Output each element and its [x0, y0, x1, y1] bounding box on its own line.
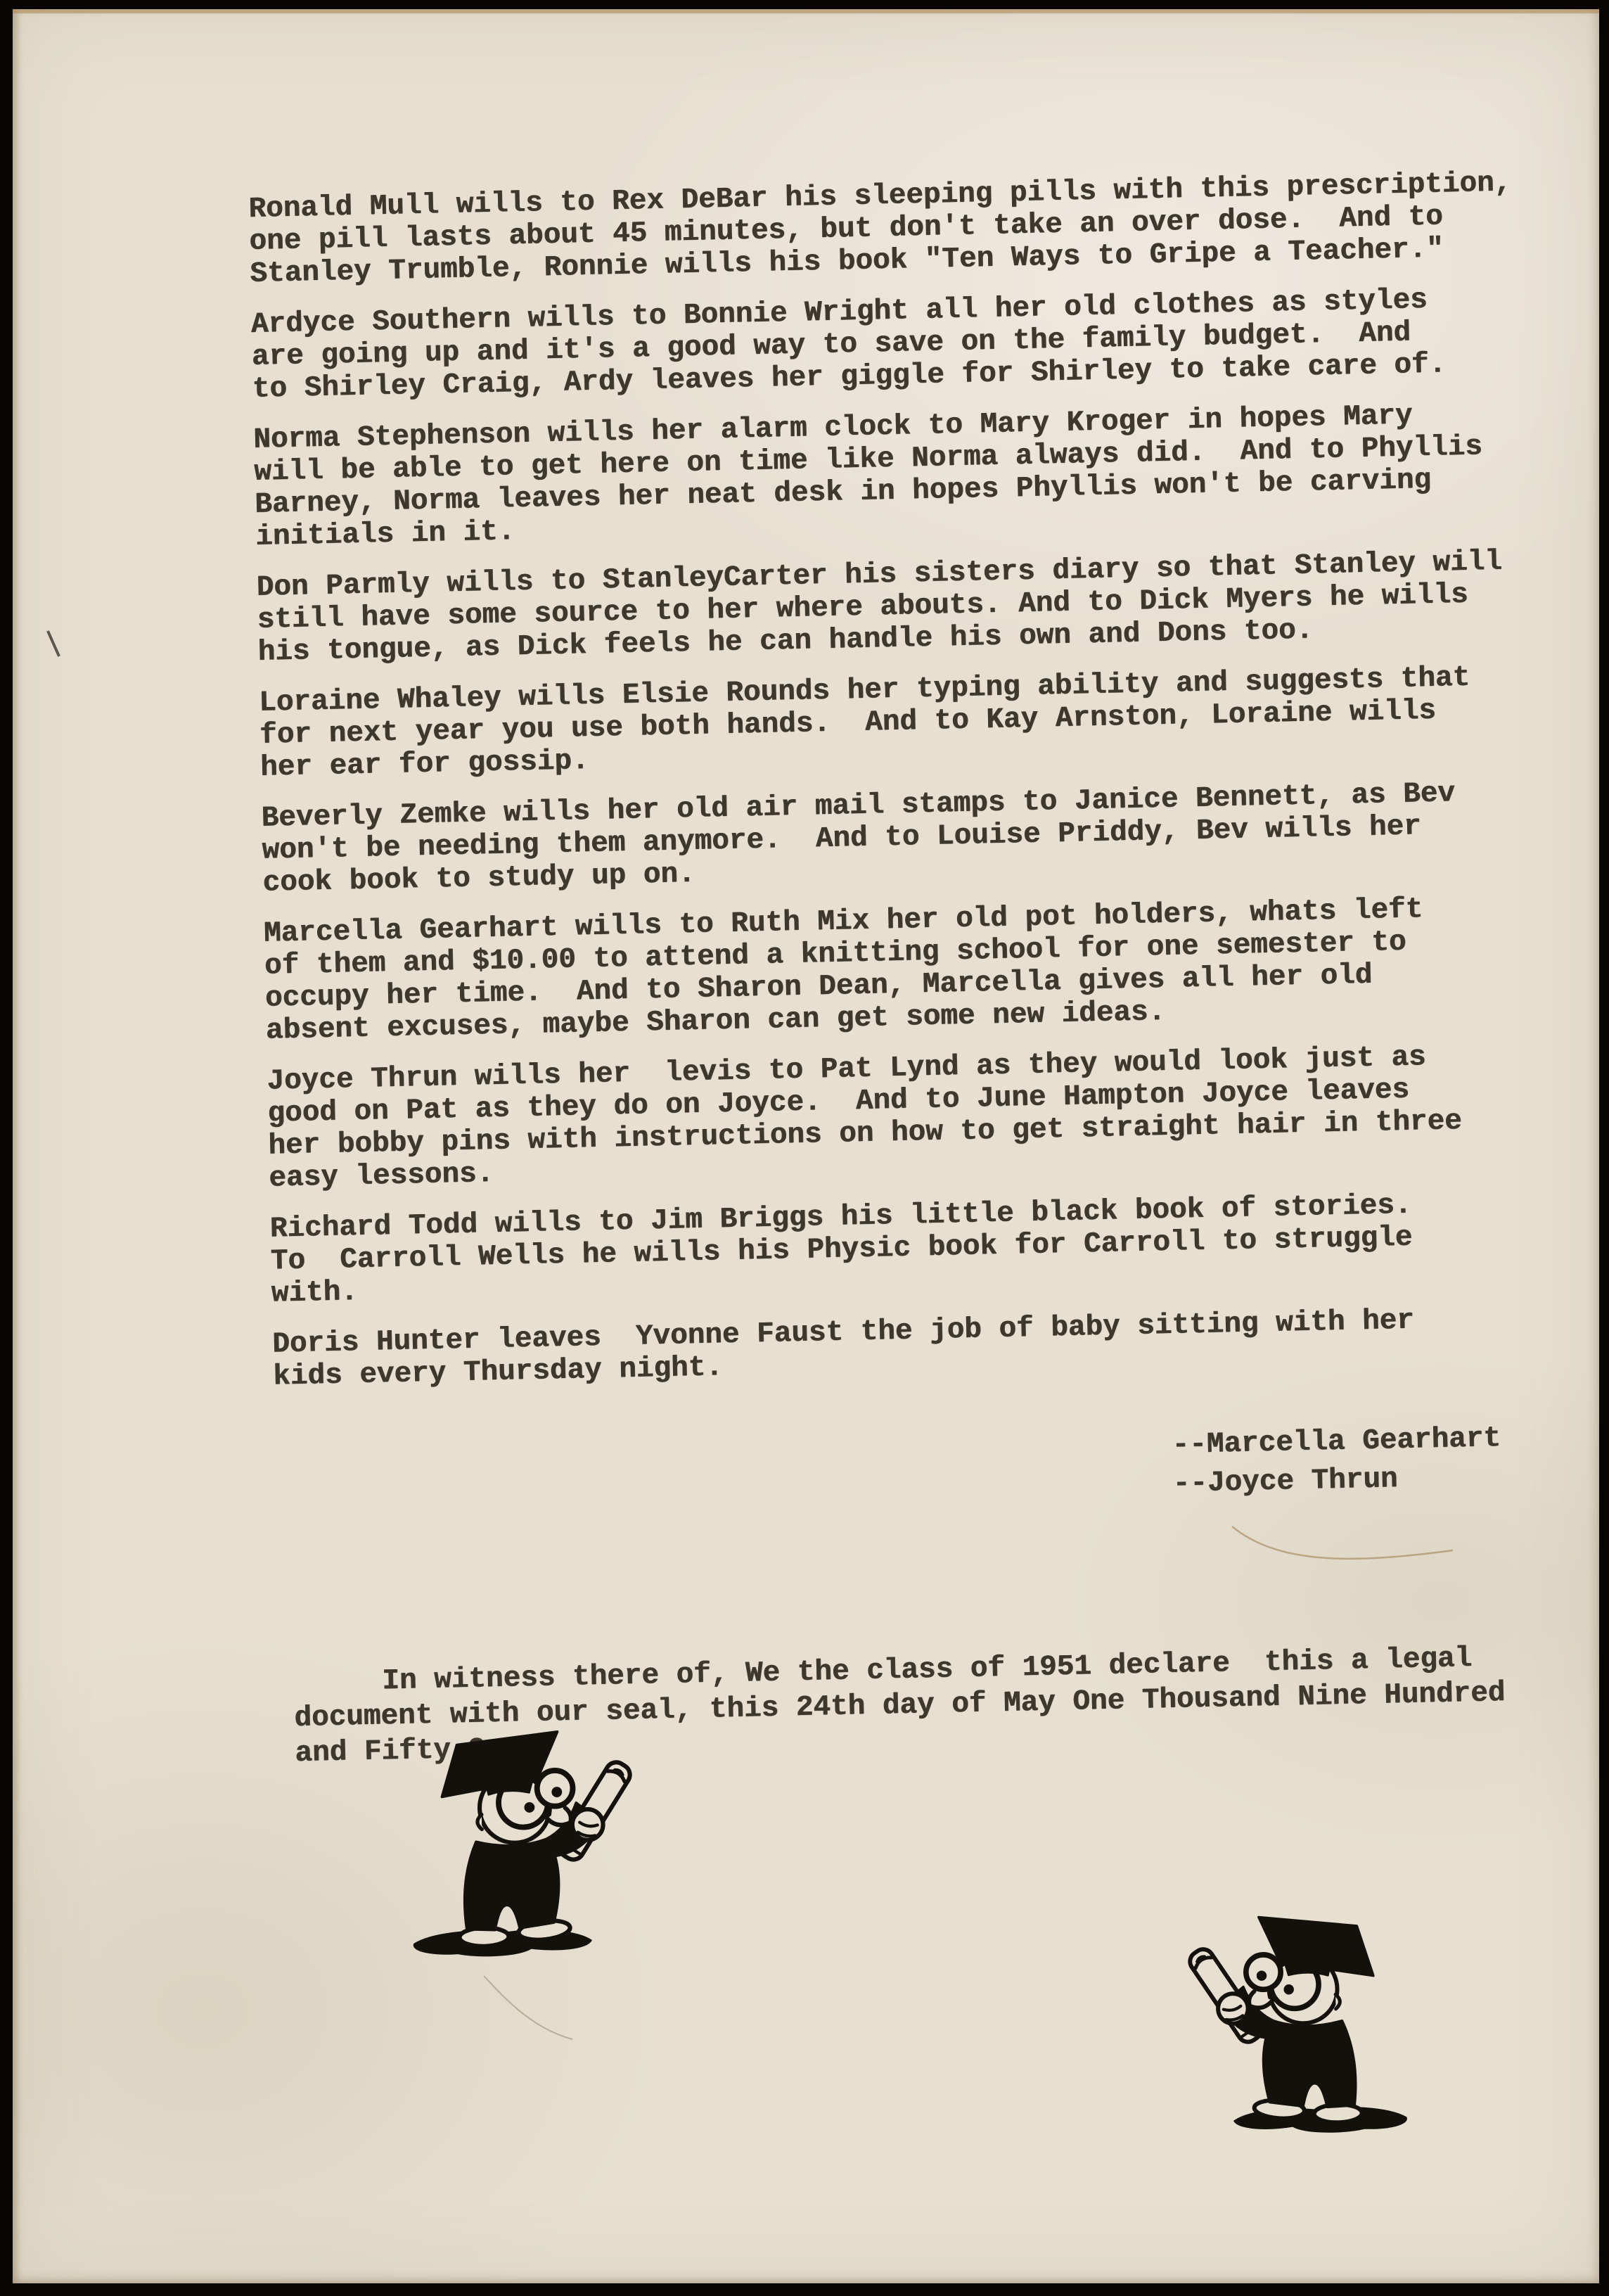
graduate-cartoon-left-illustration [389, 1718, 640, 1969]
paragraph-norma-stephenson: Norma Stephenson wills her alarm clock t… [253, 397, 1542, 554]
hairline-scan-artifact [1224, 1511, 1463, 1588]
signature-marcella-gearhart: --Marcella Gearhart [1172, 1420, 1501, 1465]
paper-sheet: Ronald Mull wills to Rex DeBar his sleep… [13, 9, 1599, 2283]
typewritten-text-block: Ronald Mull wills to Rex DeBar his sleep… [248, 167, 1560, 1412]
signature-block: --Marcella Gearhart --Joyce Thrun [1172, 1420, 1502, 1504]
signature-joyce-thrun: --Joyce Thrun [1172, 1458, 1502, 1504]
margin-mark-artifact [41, 627, 69, 662]
graduate-with-diploma-icon [389, 1718, 640, 1969]
paragraph-joyce-thrun: Joyce Thrun wills her levis to Pat Lynd … [267, 1038, 1556, 1194]
paragraph-marcella-gearhart: Marcella Gearhart wills to Ruth Mix her … [264, 891, 1553, 1047]
paragraph-ronald-mull: Ronald Mull wills to Rex DeBar his sleep… [248, 167, 1537, 291]
paragraph-ardyce-southern: Ardyce Southern wills to Bonnie Wright a… [250, 282, 1539, 406]
paragraph-richard-todd: Richard Todd wills to Jim Briggs his lit… [269, 1186, 1558, 1310]
paragraph-loraine-whaley: Loraine Whaley wills Elsie Rounds her ty… [259, 661, 1547, 784]
paragraph-beverly-zemke: Beverly Zemke wills her old air mail sta… [261, 775, 1549, 899]
graduate-with-diploma-icon [1183, 1902, 1427, 2146]
paragraph-don-parmly: Don Parmly wills to StanleyCarter his si… [256, 545, 1544, 669]
paper-crease-artifact [463, 1970, 596, 2055]
graduate-cartoon-right-illustration [1183, 1902, 1427, 2146]
paragraph-doris-hunter: Doris Hunter leaves Yvonne Faust the job… [272, 1301, 1560, 1393]
scanned-document-page: { "page": { "background_color": "#070605… [0, 0, 1609, 2296]
